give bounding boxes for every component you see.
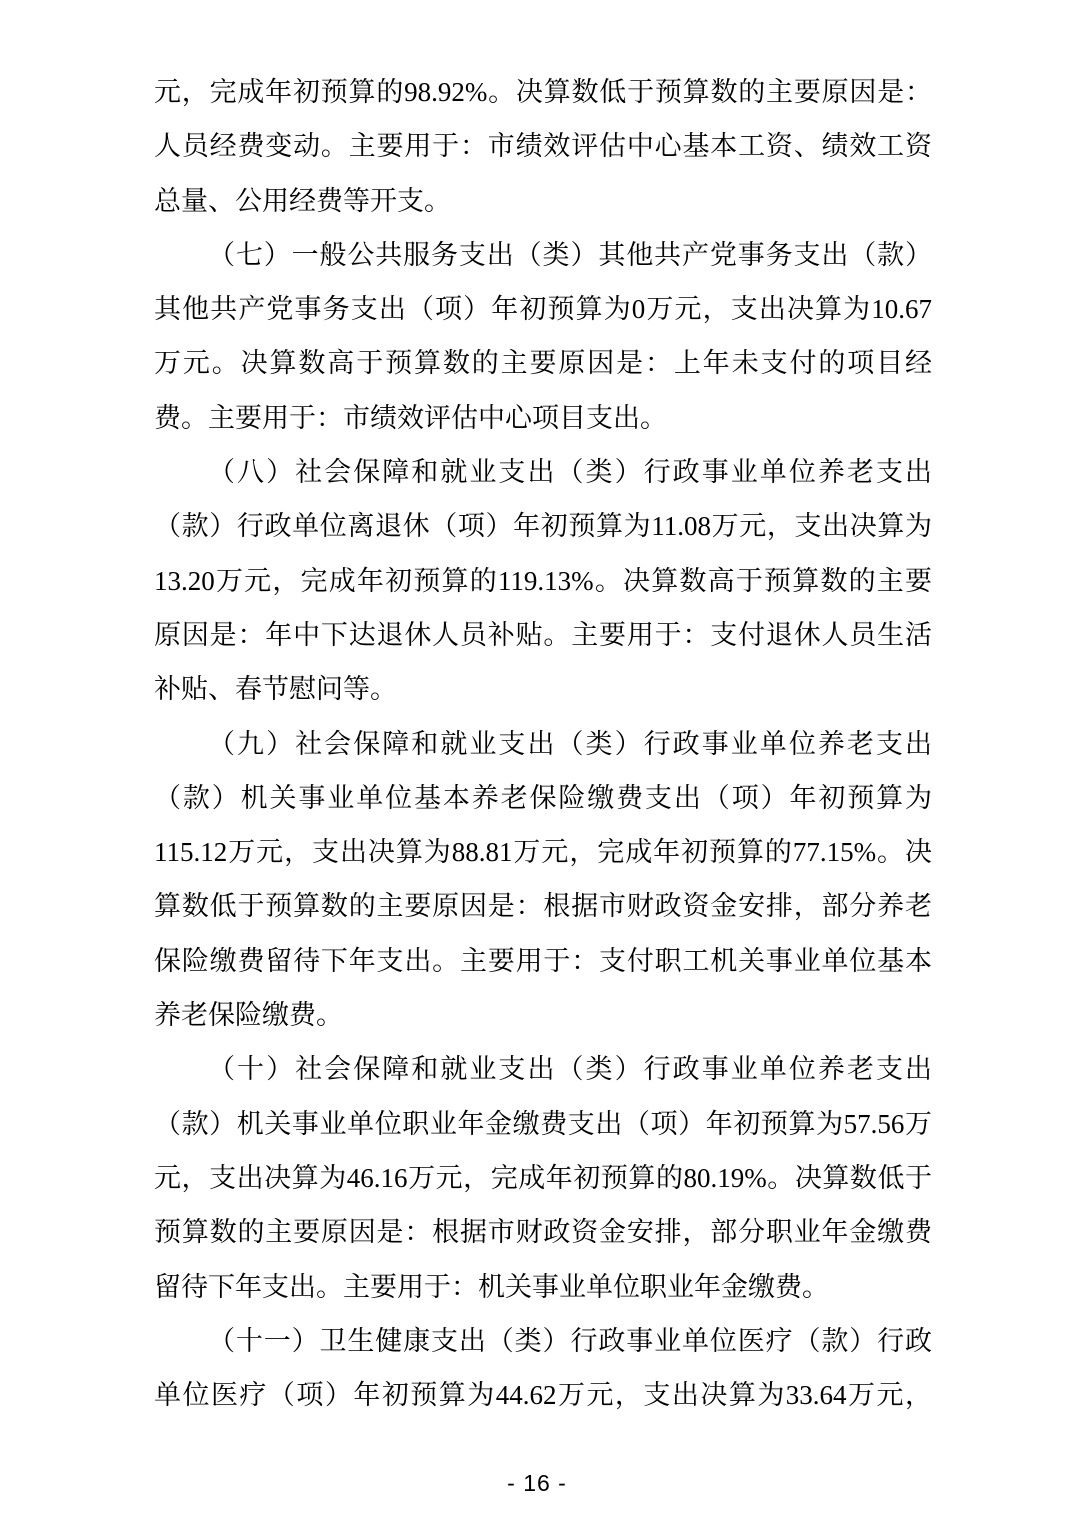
paragraph-item-7: （七）一般公共服务支出（类）其他共产党事务支出（款） 其他共产党事务支出（项）年… bbox=[154, 228, 932, 445]
document-page: 元，完成年初预算的98.92%。决算数低于预算数的主要原因是： 人员经费变动。主… bbox=[0, 0, 1074, 1520]
text-line: （十一）卫生健康支出（类）行政事业单位医疗（款）行政 bbox=[154, 1314, 932, 1368]
body-text: 元，完成年初预算的98.92%。决算数低于预算数的主要原因是： 人员经费变动。主… bbox=[154, 65, 932, 1422]
text-line: 养老保险缴费。 bbox=[154, 988, 932, 1042]
text-line: 算数低于预算数的主要原因是：根据市财政资金安排，部分养老 bbox=[154, 879, 932, 933]
text-line: 补贴、春节慰问等。 bbox=[154, 662, 932, 716]
text-line: 保险缴费留待下年支出。主要用于：支付职工机关事业单位基本 bbox=[154, 934, 932, 988]
text-line: 其他共产党事务支出（项）年初预算为0万元，支出决算为10.67 bbox=[154, 282, 932, 336]
text-line: （七）一般公共服务支出（类）其他共产党事务支出（款） bbox=[154, 228, 932, 282]
text-line: 留待下年支出。主要用于：机关事业单位职业年金缴费。 bbox=[154, 1260, 932, 1314]
text-line: 费。主要用于：市绩效评估中心项目支出。 bbox=[154, 391, 932, 445]
text-line: 元，支出决算为46.16万元，完成年初预算的80.19%。决算数低于 bbox=[154, 1151, 932, 1205]
text-line: （八）社会保障和就业支出（类）行政事业单位养老支出 bbox=[154, 445, 932, 499]
text-line: 总量、公用经费等开支。 bbox=[154, 174, 932, 228]
text-line: 13.20万元，完成年初预算的119.13%。决算数高于预算数的主要 bbox=[154, 554, 932, 608]
text-line: 原因是：年中下达退休人员补贴。主要用于：支付退休人员生活 bbox=[154, 608, 932, 662]
text-line: （款）机关事业单位基本养老保险缴费支出（项）年初预算为 bbox=[154, 771, 932, 825]
text-line: （十）社会保障和就业支出（类）行政事业单位养老支出 bbox=[154, 1042, 932, 1096]
text-line: 万元。决算数高于预算数的主要原因是：上年未支付的项目经 bbox=[154, 336, 932, 390]
paragraph-item-8: （八）社会保障和就业支出（类）行政事业单位养老支出 （款）行政单位离退休（项）年… bbox=[154, 445, 932, 716]
paragraph-item-11: （十一）卫生健康支出（类）行政事业单位医疗（款）行政 单位医疗（项）年初预算为4… bbox=[154, 1314, 932, 1423]
text-line: （九）社会保障和就业支出（类）行政事业单位养老支出 bbox=[154, 717, 932, 771]
text-line: 预算数的主要原因是：根据市财政资金安排，部分职业年金缴费 bbox=[154, 1205, 932, 1259]
text-line: （款）行政单位离退休（项）年初预算为11.08万元，支出决算为 bbox=[154, 499, 932, 553]
text-line: 115.12万元，支出决算为88.81万元，完成年初预算的77.15%。决 bbox=[154, 825, 932, 879]
paragraph-item-10: （十）社会保障和就业支出（类）行政事业单位养老支出 （款）机关事业单位职业年金缴… bbox=[154, 1042, 932, 1313]
paragraph-continuation: 元，完成年初预算的98.92%。决算数低于预算数的主要原因是： 人员经费变动。主… bbox=[154, 65, 932, 228]
paragraph-item-9: （九）社会保障和就业支出（类）行政事业单位养老支出 （款）机关事业单位基本养老保… bbox=[154, 717, 932, 1043]
text-line: （款）机关事业单位职业年金缴费支出（项）年初预算为57.56万 bbox=[154, 1097, 932, 1151]
page-number: - 16 - bbox=[0, 1470, 1074, 1497]
text-line: 人员经费变动。主要用于：市绩效评估中心基本工资、绩效工资 bbox=[154, 119, 932, 173]
text-line: 元，完成年初预算的98.92%。决算数低于预算数的主要原因是： bbox=[154, 65, 932, 119]
text-line: 单位医疗（项）年初预算为44.62万元，支出决算为33.64万元， bbox=[154, 1368, 932, 1422]
